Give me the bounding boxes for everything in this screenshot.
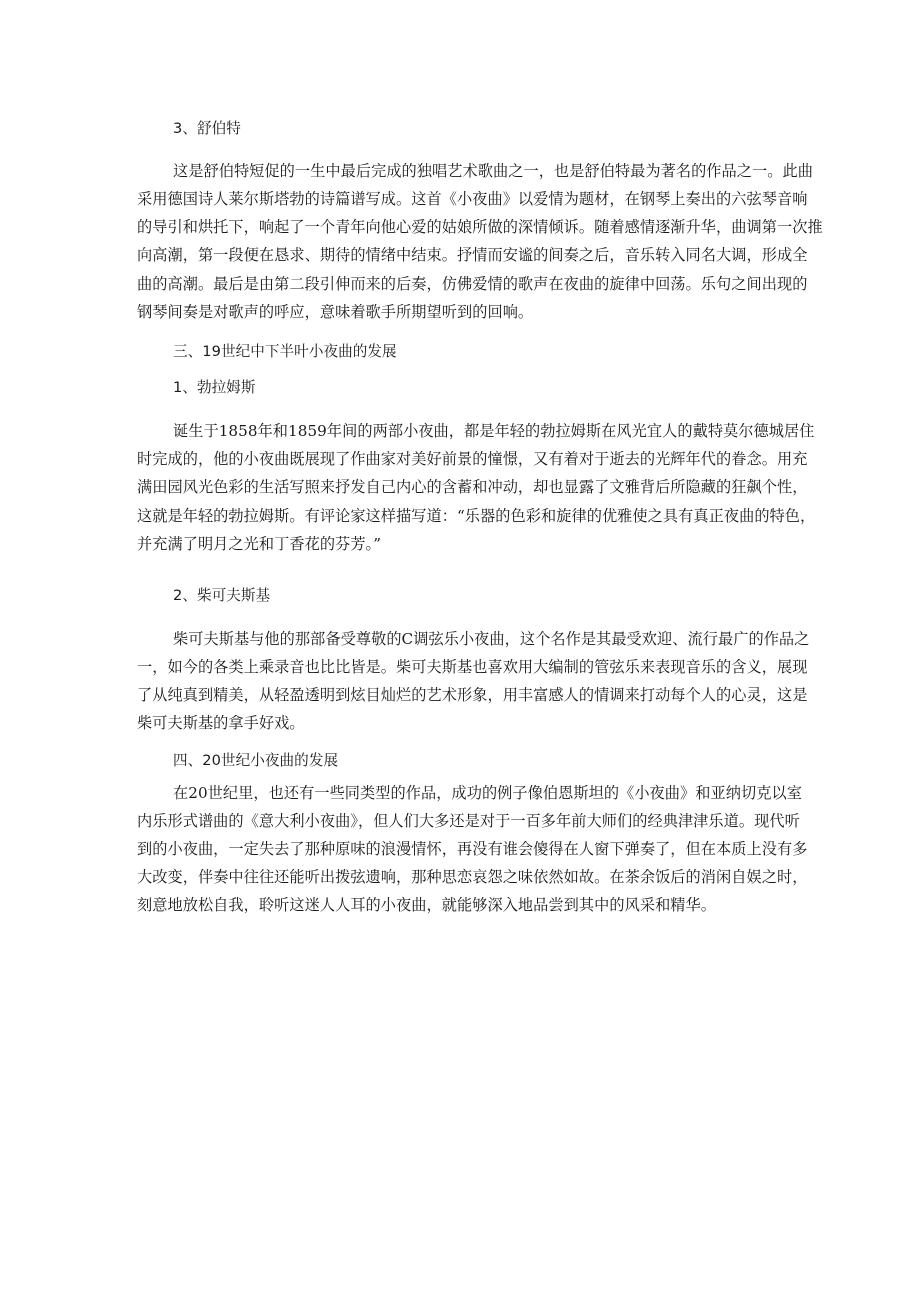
paragraph-line: 向高潮，第一段便在恳求、期待的情绪中结束。抒情而安谧的间奏之后，音乐转入同名大调… (137, 245, 797, 265)
section-heading-brahms: 1、勃拉姆斯 (173, 378, 833, 398)
paragraph-line: 一，如今的各类上乘录音也比比皆是。柴可夫斯基也喜欢用大编制的管弦乐来表现音乐的含… (137, 657, 797, 677)
paragraph-line: 柴可夫斯基的拿手好戏。 (137, 713, 797, 733)
paragraph-line: 钢琴间奏是对歌声的呼应，意味着歌手所期望听到的回响。 (137, 302, 797, 322)
chapter-heading-19th-century: 三、19世纪中下半叶小夜曲的发展 (173, 342, 833, 362)
paragraph-line: 到的小夜曲，一定失去了那种原味的浪漫情怀，再没有谁会傻得在人窗下弹奏了，但在本质… (137, 839, 797, 859)
paragraph-line: 这就是年轻的勃拉姆斯。有评论家这样描写道：“乐器的色彩和旋律的优雅使之具有真正夜… (137, 506, 797, 526)
paragraph-line: 曲的高潮。最后是由第二段引伸而来的后奏，仿佛爱情的歌声在夜曲的旋律中回荡。乐句之… (137, 274, 797, 294)
paragraph-line: 柴可夫斯基与他的那部备受尊敬的C调弦乐小夜曲，这个名作是其最受欢迎、流行最广的作… (173, 629, 833, 649)
paragraph-line: 这是舒伯特短促的一生中最后完成的独唱艺术歌曲之一，也是舒伯特最为著名的作品之一。… (173, 161, 833, 181)
paragraph-line: 刻意地放松自我，聆听这迷人人耳的小夜曲，就能够深入地品尝到其中的风采和精华。 (137, 895, 797, 915)
document-page: 3、舒伯特 这是舒伯特短促的一生中最后完成的独唱艺术歌曲之一，也是舒伯特最为著名… (0, 0, 920, 1301)
section-heading-tchaikovsky: 2、柴可夫斯基 (173, 586, 833, 606)
paragraph-line: 了从纯真到精美，从轻盈透明到炫目灿烂的艺术形象，用丰富感人的情调来打动每个人的心… (137, 685, 797, 705)
paragraph-line: 并充满了明月之光和丁香花的芬芳。” (137, 534, 797, 554)
paragraph-line: 采用德国诗人莱尔斯塔勃的诗篇谱写成。这首《小夜曲》以爱情为题材，在钢琴上奏出的六… (137, 189, 797, 209)
paragraph-line: 诞生于1858年和1859年间的两部小夜曲，都是年轻的勃拉姆斯在风光宜人的戴特莫… (173, 421, 833, 441)
paragraph-line: 大改变，伴奏中往往还能听出拨弦遗响，那种思恋哀怨之味依然如故。在茶余饭后的消闲自… (137, 867, 797, 887)
paragraph-line: 满田园风光色彩的生活写照来抒发自己内心的含蓄和冲动，却也显露了文雅背后所隐藏的狂… (137, 477, 797, 497)
paragraph-line: 内乐形式谱曲的《意大利小夜曲》，但人们大多还是对于一百多年前大师们的经典津津乐道… (137, 811, 797, 831)
paragraph-line: 的导引和烘托下，响起了一个青年向他心爱的姑娘所做的深情倾诉。随着感情逐渐升华，曲… (137, 217, 797, 237)
section-heading-schubert: 3、舒伯特 (173, 119, 833, 139)
paragraph-line: 时完成的，他的小夜曲既展现了作曲家对美好前景的憧憬，又有着对于逝去的光辉年代的眷… (137, 449, 797, 469)
paragraph-line: 在20世纪里，也还有一些同类型的作品，成功的例子像伯恩斯坦的《小夜曲》和亚纳切克… (173, 783, 833, 803)
chapter-heading-20th-century: 四、20世纪小夜曲的发展 (173, 751, 833, 771)
